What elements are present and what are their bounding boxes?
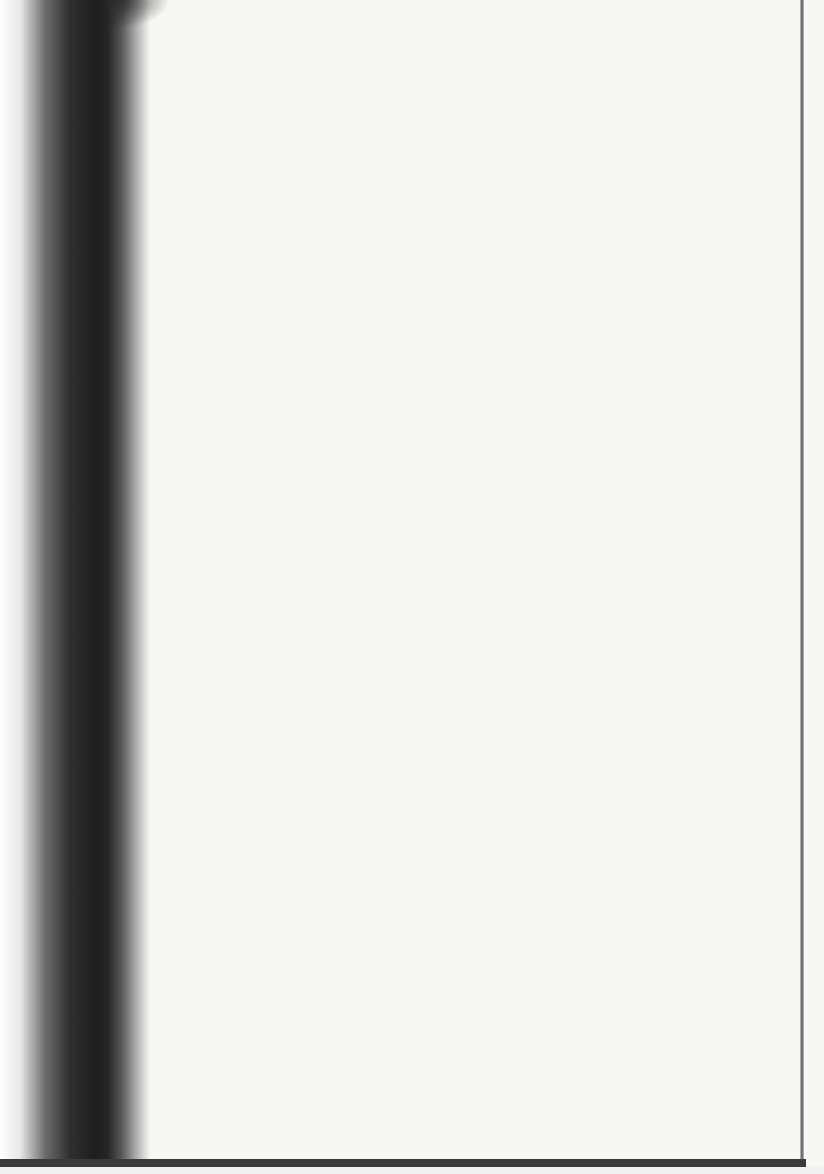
gutter-top-shadow	[110, 0, 170, 30]
page-right-edge	[800, 0, 804, 1160]
scan-bottom-margin	[0, 1167, 824, 1174]
book-gutter-shadow	[0, 0, 150, 1174]
page-bottom-edge	[0, 1159, 806, 1167]
